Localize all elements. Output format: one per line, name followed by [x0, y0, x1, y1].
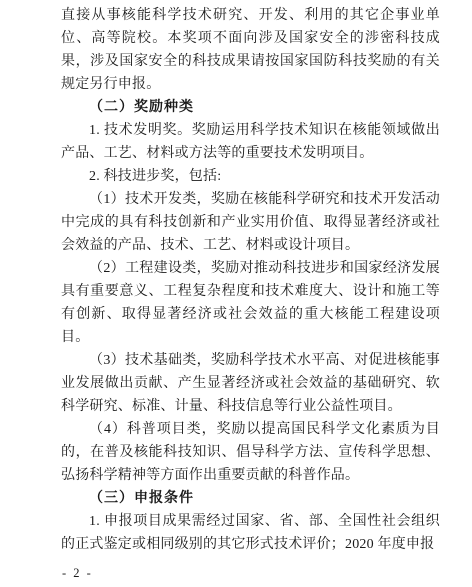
paragraph-science-popularization: （4）科普项目类，奖励以提高国民科学文化素质为目的，在普及核能科技知识、倡导科学…	[61, 418, 440, 487]
document-body: 直接从事核能科学技术研究、开发、利用的其它企事业单位、高等院校。本奖项不面向涉及…	[61, 4, 440, 556]
paragraph-tech-development: （1）技术开发类，奖励在核能科学研究和技术开发活动中完成的具有科技创新和产业实用…	[61, 188, 440, 257]
paragraph-engineering-construction: （2）工程建设类，奖励对推动科技进步和国家经济发展具有重要意义、工程复杂程度和技…	[61, 257, 440, 349]
page-number: - 2 -	[62, 566, 93, 581]
paragraph-technical-foundation: （3）技术基础类，奖励科学技术水平高、对促进核能事业发展做出贡献、产生显著经济或…	[61, 349, 440, 418]
paragraph-progress-award: 2. 科技进步奖，包括:	[61, 165, 440, 188]
paragraph-application-requirement: 1. 申报项目成果需经过国家、省、部、全国性社会组织的正式鉴定或相同级别的其它形…	[61, 510, 440, 556]
paragraph-continuation: 直接从事核能科学技术研究、开发、利用的其它企事业单位、高等院校。本奖项不面向涉及…	[61, 4, 440, 96]
section-heading-application-conditions: （三）申报条件	[61, 487, 440, 510]
document-page: 直接从事核能科学技术研究、开发、利用的其它企事业单位、高等院校。本奖项不面向涉及…	[0, 0, 472, 587]
section-heading-award-types: （二）奖励种类	[61, 96, 440, 119]
paragraph-invention-award: 1. 技术发明奖。奖励运用科学技术知识在核能领域做出产品、工艺、材料或方法等的重…	[61, 119, 440, 165]
